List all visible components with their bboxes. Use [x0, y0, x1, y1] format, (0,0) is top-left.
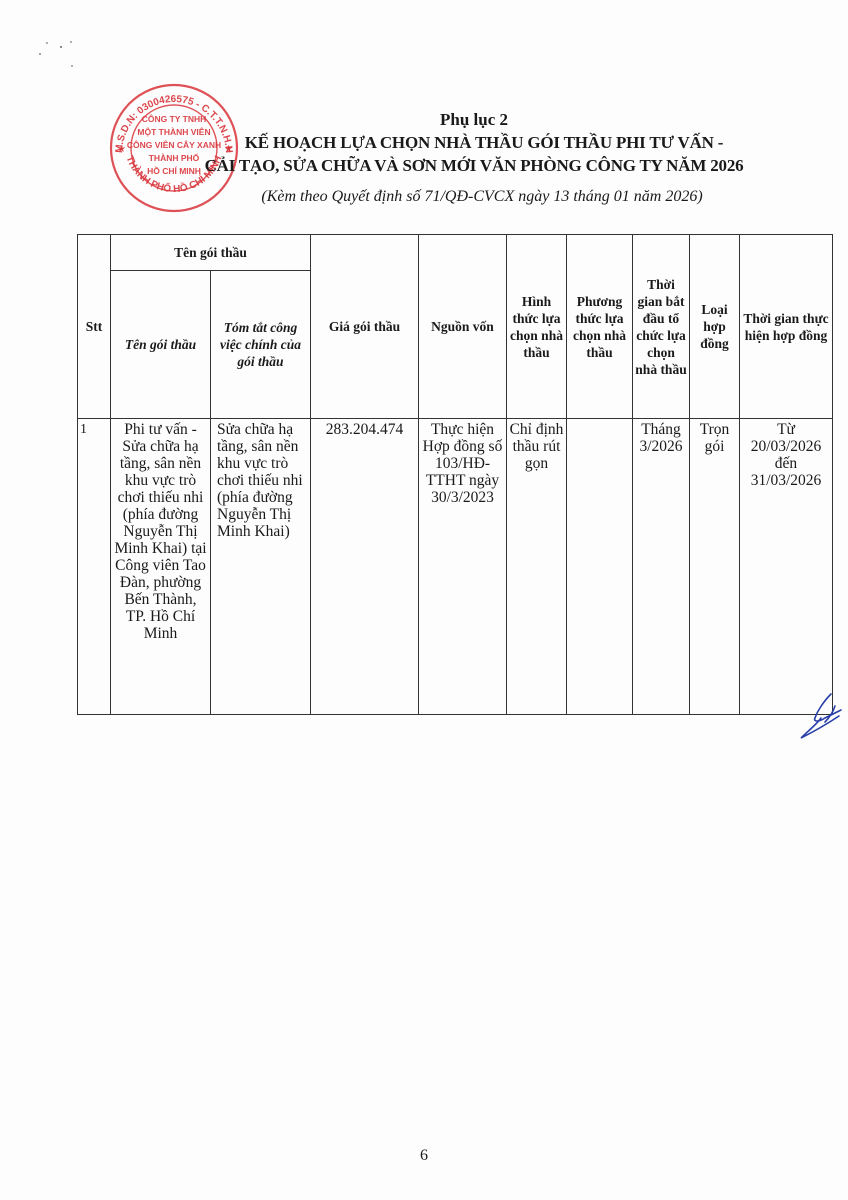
cell-stt: 1 — [78, 419, 111, 715]
cell-package-name: Phi tư vấn - Sửa chữa hạ tầng, sân nền k… — [111, 419, 211, 715]
header-package-name: Tên gói thầu — [111, 271, 211, 419]
header-work-summary: Tóm tắt công việc chính của gói thầu — [211, 271, 311, 419]
page-number: 6 — [0, 1147, 848, 1165]
document-title-line-1: KẾ HOẠCH LỰA CHỌN NHÀ THẦU GÓI THẦU PHI … — [60, 133, 848, 153]
header-contract-duration: Thời gian thực hiện hợp đồng — [740, 235, 833, 419]
cell-price: 283.204.474 — [311, 419, 419, 715]
signature-mark — [795, 688, 848, 743]
cell-contract-duration: Từ 20/03/2026 đến 31/03/2026 — [740, 419, 833, 715]
header-contract-type: Loại hợp đồng — [690, 235, 740, 419]
contractor-selection-plan-table: Stt Tên gói thầu Giá gói thầu Nguồn vốn … — [77, 234, 833, 715]
cell-selection-method — [567, 419, 633, 715]
cell-work-summary: Sửa chữa hạ tầng, sân nền khu vực trò ch… — [211, 419, 311, 715]
appendix-label: Phụ lục 2 — [50, 110, 848, 130]
scan-specks — [30, 35, 90, 75]
header-stt: Stt — [78, 235, 111, 419]
document-subtitle: (Kèm theo Quyết định số 71/QĐ-CVCX ngày … — [58, 188, 848, 206]
cell-selection-form: Chỉ định thầu rút gọn — [507, 419, 567, 715]
header-start-time: Thời gian bắt đầu tổ chức lựa chọn nhà t… — [633, 235, 690, 419]
header-selection-method: Phương thức lựa chọn nhà thầu — [567, 235, 633, 419]
header-package-group: Tên gói thầu — [111, 235, 311, 271]
table-row: 1 Phi tư vấn - Sửa chữa hạ tầng, sân nền… — [78, 419, 833, 715]
document-title-line-2: CẢI TẠO, SỬA CHỮA VÀ SƠN MỚI VĂN PHÒNG C… — [50, 156, 848, 176]
cell-funding-source: Thực hiện Hợp đồng số 103/HĐ-TTHT ngày 3… — [419, 419, 507, 715]
cell-start-time: Tháng 3/2026 — [633, 419, 690, 715]
header-price: Giá gói thầu — [311, 235, 419, 419]
header-funding-source: Nguồn vốn — [419, 235, 507, 419]
cell-contract-type: Trọn gói — [690, 419, 740, 715]
header-selection-form: Hình thức lựa chọn nhà thầu — [507, 235, 567, 419]
